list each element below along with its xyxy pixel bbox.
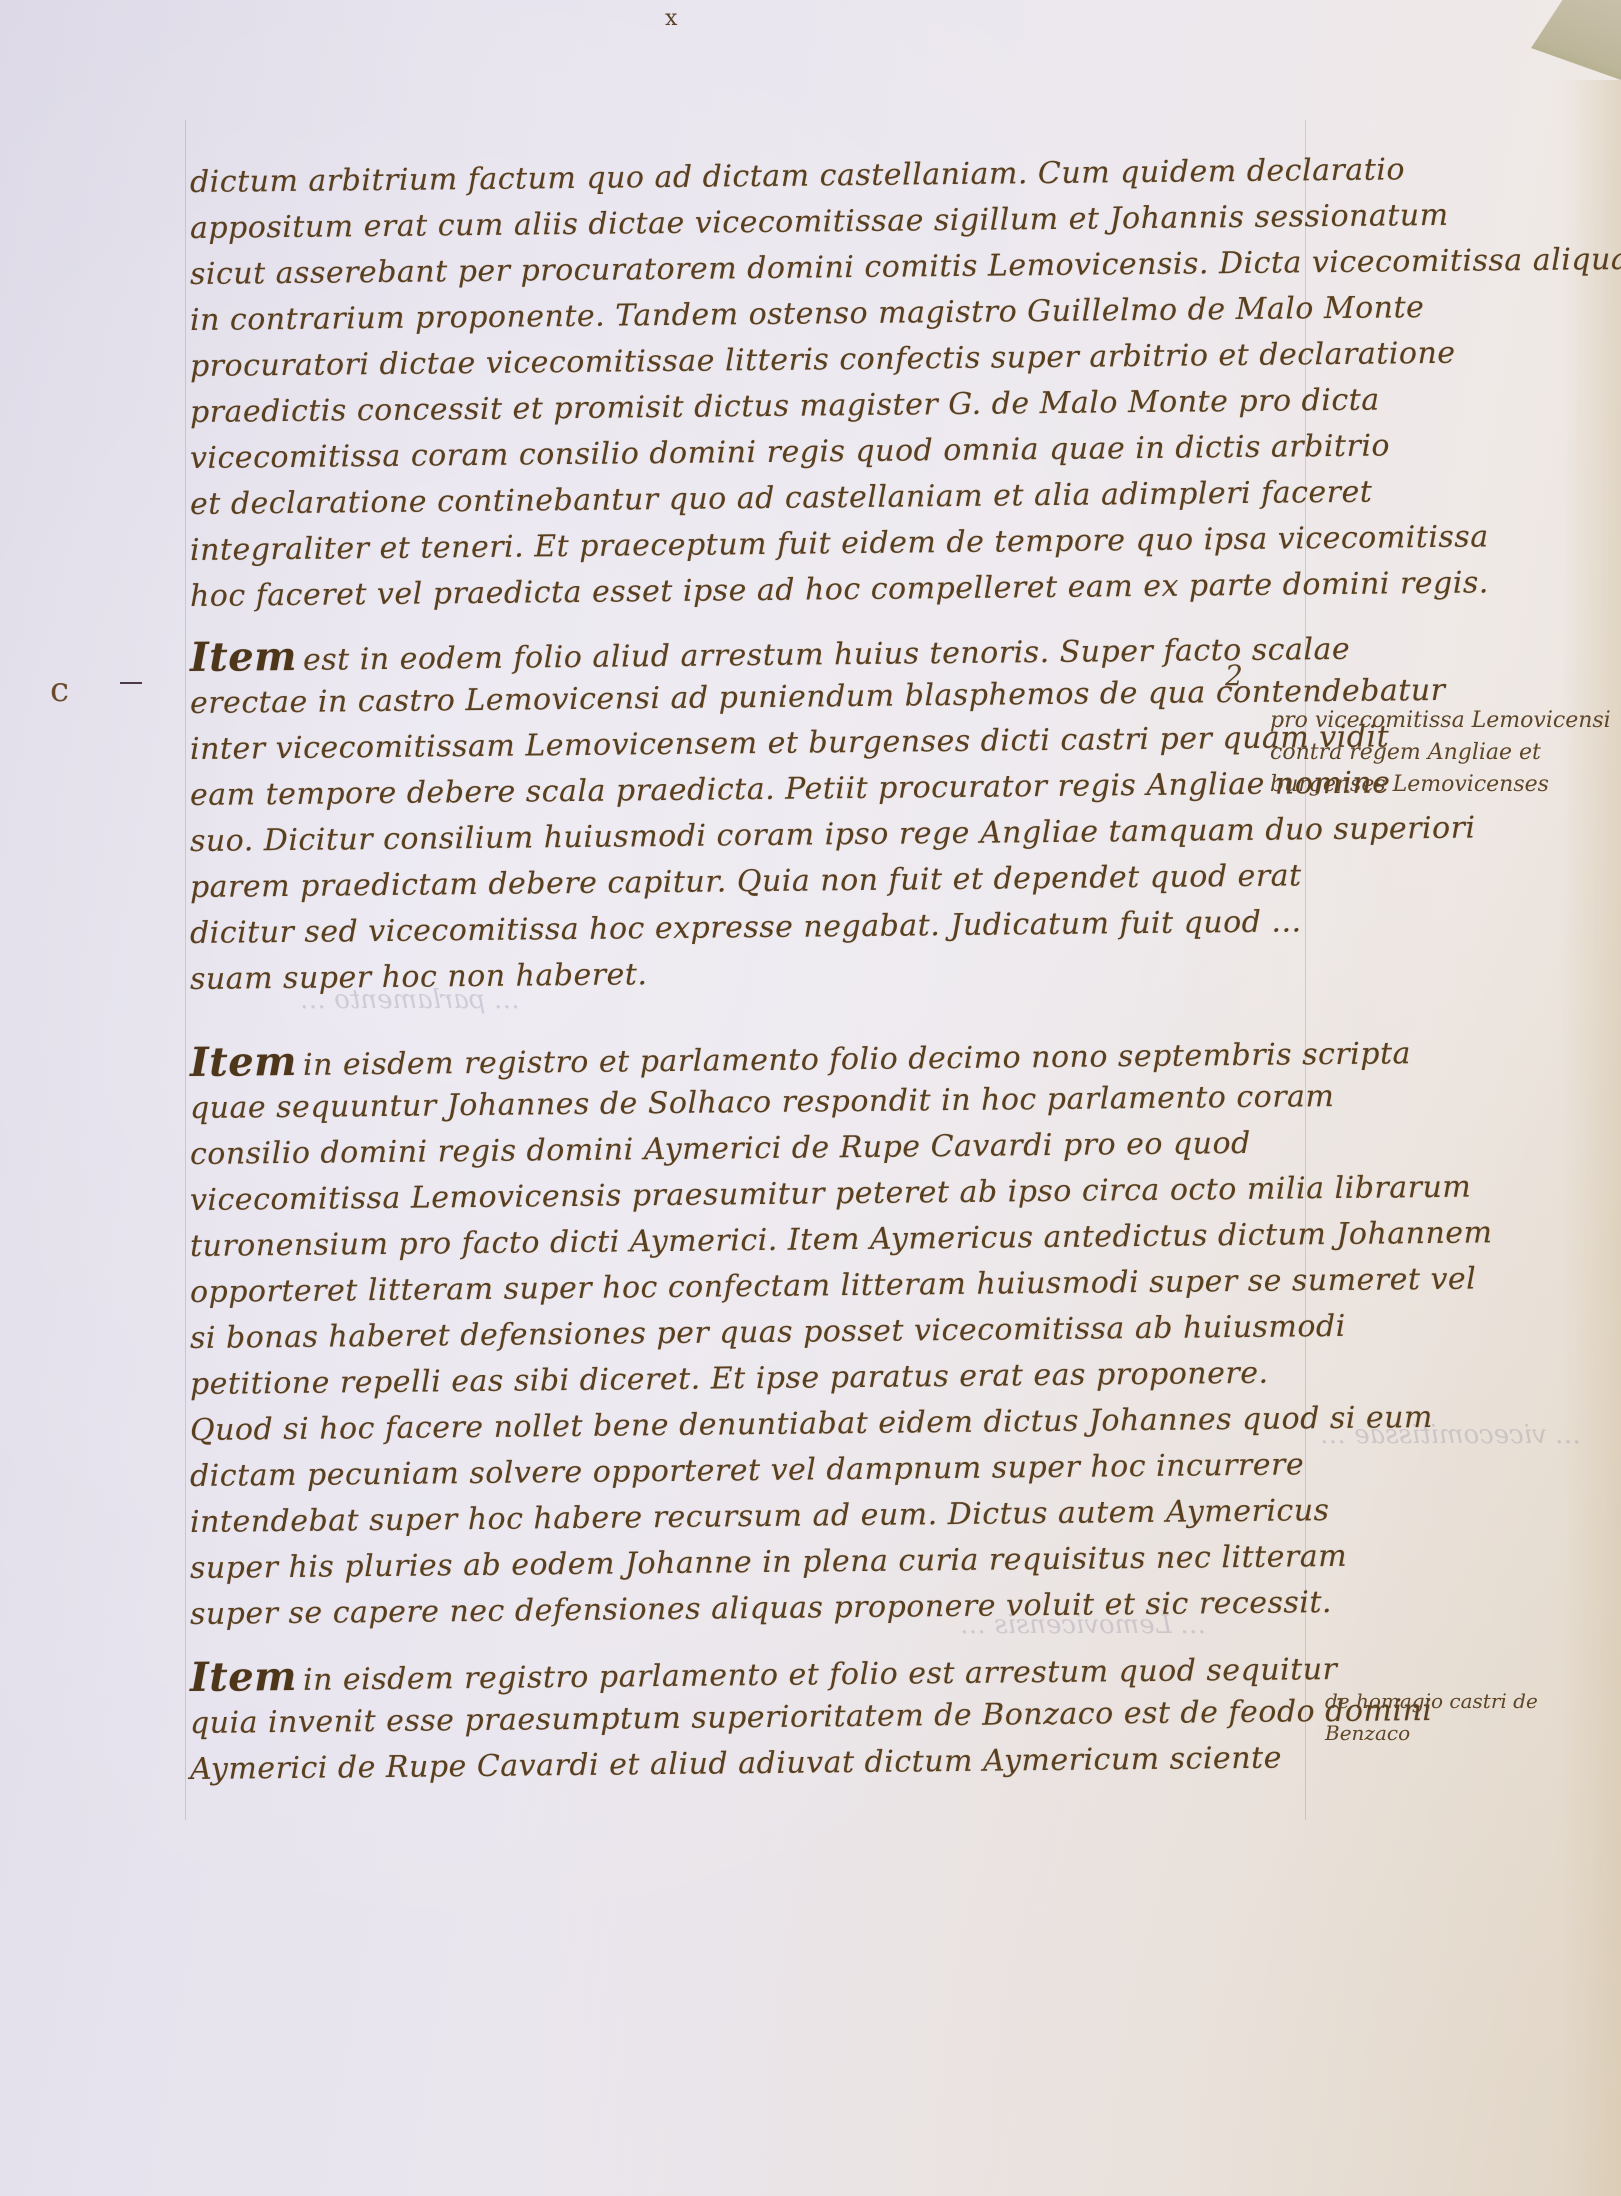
ruling-line-left [185,120,186,1820]
folded-page-corner [1531,0,1621,80]
left-margin-dash [120,682,142,684]
paragraph-4: Itemin eisdem registro parlamento et fol… [190,1655,1320,1793]
margin-note-line: burgenses Lemovicenses [1270,769,1611,801]
margin-note: pro vicecomitissa Lemovicensi contra reg… [1270,705,1611,801]
margin-note-line: contra regem Angliae et [1270,737,1611,769]
paragraph-initial: Item [190,1653,297,1701]
margin-note-line: Benzaco [1325,1717,1538,1749]
margin-note-line: de homagio castri de [1325,1685,1538,1717]
paragraph-2: Itemest in eodem folio aliud arrestum hu… [190,635,1320,1003]
page-edge-shadow [1561,80,1621,2196]
left-margin-mark: c [50,670,69,710]
paragraph-1: dictum arbitrium factum quo ad dictam ca… [190,160,1320,620]
paragraph-initial: Item [190,1038,297,1086]
margin-note: de homagio castri de Benzaco [1325,1685,1538,1749]
paragraph-3: Itemin eisdem registro et parlamento fol… [190,1040,1320,1638]
margin-note-number: 2 [1225,660,1243,692]
folio-mark: x [665,6,677,31]
paragraph-initial: Item [190,633,297,681]
margin-note-line: pro vicecomitissa Lemovicensi [1270,705,1611,737]
